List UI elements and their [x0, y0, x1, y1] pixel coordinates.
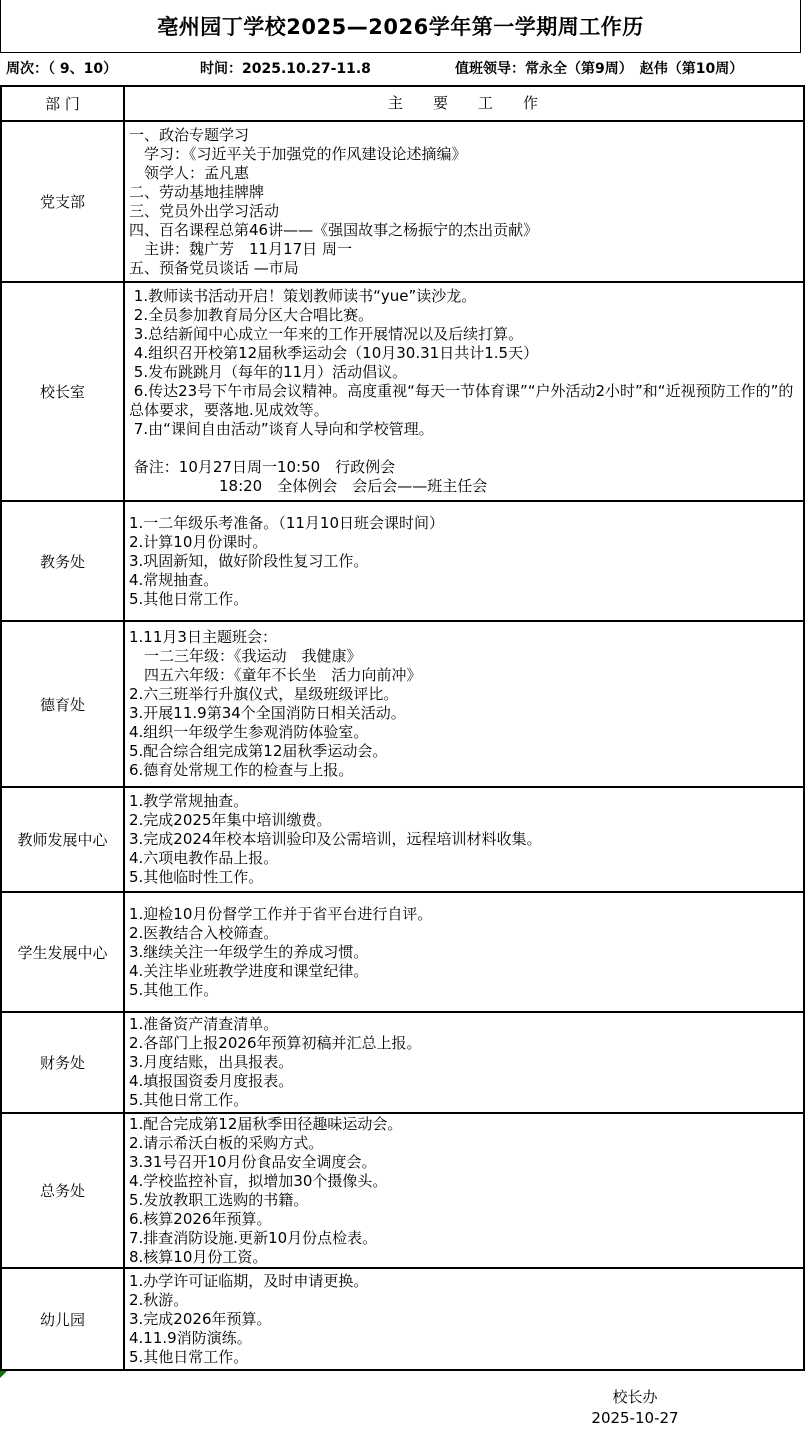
department-cell: 财务处 [2, 1013, 125, 1112]
table-header-row: 部 门 主 要 工 作 [2, 87, 803, 122]
work-cell: 1.11月3日主题班会： 一二三年级：《我运动 我健康》 四五六年级：《童年不长… [125, 622, 803, 786]
footer-date: 2025-10-27 [545, 1408, 725, 1429]
department-cell: 党支部 [2, 122, 125, 281]
work-cell: 1.办学许可证临期，及时申请更换。 2.秋游。 3.完成2026年预算。 4.1… [125, 1269, 803, 1369]
table-header-department: 部 门 [2, 87, 125, 120]
table-row-principal-office: 校长室 1.教师读书活动开启！策划教师读书“yue”读沙龙。 2.全员参加教育局… [2, 283, 803, 502]
footer: 校长办 2025-10-27 [545, 1387, 725, 1429]
duty-leaders-label: 值班领导：常永全（第9周） 赵伟（第10周） [455, 53, 743, 85]
department-cell: 学生发展中心 [2, 893, 125, 1011]
table-row-kindergarten: 幼儿园 1.办学许可证临期，及时申请更换。 2.秋游。 3.完成2026年预算。… [2, 1269, 803, 1369]
table-header-main-work: 主 要 工 作 [125, 87, 803, 120]
work-cell: 1.教师读书活动开启！策划教师读书“yue”读沙龙。 2.全员参加教育局分区大合… [125, 283, 803, 500]
weekly-work-table: 部 门 主 要 工 作 党支部 一、政治专题学习 学习：《习近平关于加强党的作风… [0, 85, 805, 1371]
table-row-student-development-center: 学生发展中心 1.迎检10月份督学工作并于省平台进行自评。 2.医教结合入校筛查… [2, 893, 803, 1013]
department-cell: 总务处 [2, 1114, 125, 1267]
work-cell: 1.教学常规抽查。 2.完成2025年集中培训缴费。 3.完成2024年校本培训… [125, 788, 803, 891]
table-row-moral-education-office: 德育处 1.11月3日主题班会： 一二三年级：《我运动 我健康》 四五六年级：《… [2, 622, 803, 788]
work-cell: 1.准备资产清查清单。 2.各部门上报2026年预算初稿并汇总上报。 3.月度结… [125, 1013, 803, 1112]
department-cell: 教师发展中心 [2, 788, 125, 891]
table-row-party-branch: 党支部 一、政治专题学习 学习：《习近平关于加强党的作风建设论述摘编》 领学人：… [2, 122, 803, 283]
department-cell: 德育处 [2, 622, 125, 786]
page-title: 亳州园丁学校2025—2026学年第一学期周工作历 [0, 0, 801, 53]
work-cell: 1.一二年级乐考准备。（11月10日班会课时间） 2.计算10月份课时。 3.巩… [125, 502, 803, 620]
table-row-general-affairs-office: 总务处 1.配合完成第12届秋季田径趣味运动会。 2.请示希沃白板的采购方式。 … [2, 1114, 803, 1269]
department-cell: 教务处 [2, 502, 125, 620]
work-cell: 1.迎检10月份督学工作并于省平台进行自评。 2.医教结合入校筛查。 3.继续关… [125, 893, 803, 1011]
table-row-academic-office: 教务处 1.一二年级乐考准备。（11月10日班会课时间） 2.计算10月份课时。… [2, 502, 803, 622]
time-range-label: 时间：2025.10.27-11.8 [200, 53, 371, 85]
table-row-finance-office: 财务处 1.准备资产清查清单。 2.各部门上报2026年预算初稿并汇总上报。 3… [2, 1013, 803, 1114]
work-cell: 一、政治专题学习 学习：《习近平关于加强党的作风建设论述摘编》 领学人：孟凡惠 … [125, 122, 803, 281]
footer-office: 校长办 [545, 1387, 725, 1408]
info-row: 周次：（ 9、10） 时间：2025.10.27-11.8 值班领导：常永全（第… [0, 53, 805, 85]
table-row-teacher-development-center: 教师发展中心 1.教学常规抽查。 2.完成2025年集中培训缴费。 3.完成20… [2, 788, 803, 893]
work-cell: 1.配合完成第12届秋季田径趣味运动会。 2.请示希沃白板的采购方式。 3.31… [125, 1114, 803, 1267]
department-cell: 幼儿园 [2, 1269, 125, 1369]
green-corner-marker [0, 1371, 7, 1378]
department-cell: 校长室 [2, 283, 125, 500]
week-number-label: 周次：（ 9、10） [6, 53, 117, 85]
